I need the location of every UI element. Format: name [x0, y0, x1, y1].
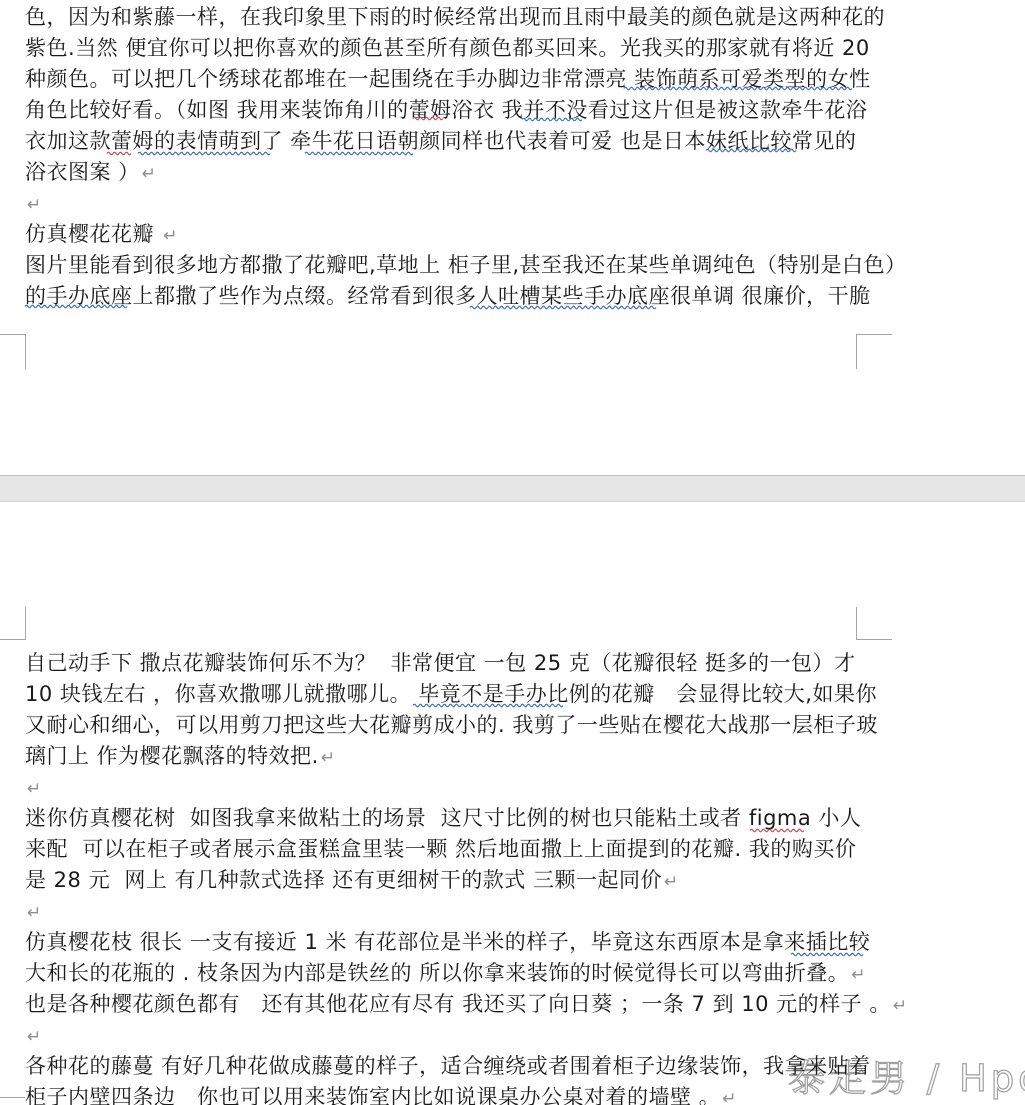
spellcheck-squiggle	[25, 304, 125, 309]
text-run: 柜子内壁四条边 你也可以用来装饰室内比如说课桌办公桌对着的墙壁 。	[25, 1085, 720, 1105]
text-line[interactable]: 图片里能看到很多地方都撒了花瓣吧,草地上 柜子里,甚至我还在某些单调纯色（特别是…	[25, 250, 867, 281]
text-boundary-mark	[856, 639, 892, 640]
paragraph-mark-icon: ↵	[662, 872, 679, 892]
spellcheck-squiggle	[750, 828, 802, 833]
text-run: 也是各种樱花颜色都有 还有其他花应有尽有 我还买了向日葵 ；一条 7 到 10 …	[25, 992, 891, 1016]
text-line[interactable]: 是 28 元 网上 有几种款式选择 还有更细树干的款式 三颗一起同价↵	[25, 865, 867, 896]
text-line[interactable]: 紫色.当然 便宜你可以把你喜欢的颜色甚至所有颜色都买回来。光我买的那家就有将近 …	[25, 33, 867, 64]
text-boundary-mark	[856, 607, 857, 640]
text-run: 自己动手下 撒点花瓣装饰何乐不为？ 非常便宜 一包 25 克（花瓣很轻 挺多的一…	[25, 651, 855, 675]
text-boundary-mark	[25, 607, 26, 640]
paragraph-mark-icon: ↵	[720, 1089, 737, 1105]
text-boundary-mark	[0, 1097, 25, 1098]
paragraph-mark-icon: ↵	[849, 965, 866, 985]
text-boundary-mark	[856, 334, 857, 369]
page2-text[interactable]: 自己动手下 撒点花瓣装饰何乐不为？ 非常便宜 一包 25 克（花瓣很轻 挺多的一…	[25, 648, 867, 1105]
text-line[interactable]: 柜子内壁四条边 你也可以用来装饰室内比如说课桌办公桌对着的墙壁 。↵	[25, 1082, 867, 1105]
text-run: 又耐心和细心，可以用剪刀把这些大花瓣剪成小的. 我剪了一些贴在樱花大战那一层柜子…	[25, 713, 878, 737]
text-run: 仿真樱花枝 很长 一支有接近 1 米 有花部位是半米的样子，毕竟这东西原本是拿来…	[25, 930, 870, 954]
paragraph-mark-icon: ↵	[891, 996, 908, 1016]
text-line[interactable]: ↵	[25, 772, 867, 803]
text-run: 璃门上 作为樱花飘落的特效把.	[25, 744, 319, 768]
text-run: 迷你仿真樱花树 如图我拿来做粘土的场景 这尺寸比例的树也只能粘土或者 figma…	[25, 806, 861, 830]
text-run: 色，因为和紫藤一样，在我印象里下雨的时候经常出现而且雨中最美的颜色就是这两种花的	[25, 5, 885, 29]
text-run: 紫色.当然 便宜你可以把你喜欢的颜色甚至所有颜色都买回来。光我买的那家就有将近 …	[25, 36, 870, 60]
text-run: 各种花的藤蔓 有好几种花做成藤蔓的样子，适合缠绕或者围着柜子边缘装饰，我拿来贴着	[25, 1054, 871, 1078]
paragraph-mark-icon: ↵	[25, 195, 42, 215]
text-run: 图片里能看到很多地方都撒了花瓣吧,草地上 柜子里,甚至我还在某些单调纯色（特别是…	[25, 253, 907, 277]
text-run: 来配 可以在柜子或者展示盒蛋糕盒里装一颗 然后地面撒上上面提到的花瓣. 我的购买…	[25, 837, 856, 861]
text-boundary-mark	[0, 334, 25, 335]
text-line[interactable]: 来配 可以在柜子或者展示盒蛋糕盒里装一颗 然后地面撒上上面提到的花瓣. 我的购买…	[25, 834, 867, 865]
text-line[interactable]: 也是各种樱花颜色都有 还有其他花应有尽有 我还买了向日葵 ；一条 7 到 10 …	[25, 989, 867, 1020]
text-run: 是 28 元 网上 有几种款式选择 还有更细树干的款式 三颗一起同价	[25, 868, 662, 892]
spellcheck-squiggle	[413, 116, 443, 121]
paragraph-mark-icon: ↵	[140, 164, 157, 184]
text-line[interactable]: 角色比较好看。（如图 我用来装饰角川的蕾姆浴衣 我并不没看过这片但是被这款牵牛花…	[25, 95, 867, 126]
paragraph-mark-icon: ↵	[319, 748, 336, 768]
spellcheck-squiggle	[791, 952, 859, 957]
text-line[interactable]: 浴衣图案 ）↵	[25, 157, 867, 188]
paragraph-mark-icon: ↵	[25, 903, 42, 923]
text-run: 仿真樱花花瓣	[25, 222, 161, 246]
text-line[interactable]: 仿真樱花枝 很长 一支有接近 1 米 有花部位是半米的样子，毕竟这东西原本是拿来…	[25, 927, 867, 958]
page-break-gap[interactable]	[0, 475, 1025, 502]
text-run: 角色比较好看。（如图 我用来装饰角川的蕾姆浴衣 我并不没看过这片但是被这款牵牛花…	[25, 98, 867, 122]
document-canvas[interactable]: 色，因为和紫藤一样，在我印象里下雨的时候经常出现而且雨中最美的颜色就是这两种花的…	[0, 0, 1025, 1105]
text-line[interactable]: 各种花的藤蔓 有好几种花做成藤蔓的样子，适合缠绕或者围着柜子边缘装饰，我拿来贴着	[25, 1051, 867, 1082]
text-boundary-mark	[0, 639, 25, 640]
spellcheck-squiggle	[413, 703, 563, 708]
text-run: 的手办底座上都撒了些作为点缀。经常看到很多人吐槽某些手办底座很单调 很廉价，干脆	[25, 284, 871, 308]
spellcheck-squiggle	[138, 151, 270, 156]
text-line[interactable]: ↵	[25, 1020, 867, 1051]
text-line[interactable]: 又耐心和细心，可以用剪刀把这些大花瓣剪成小的. 我剪了一些贴在樱花大战那一层柜子…	[25, 710, 867, 741]
text-run: 大和长的花瓶的 . 枝条因为内部是铁丝的 所以你拿来装饰的时候觉得长可以弯曲折叠…	[25, 961, 849, 985]
text-run: 浴衣图案 ）	[25, 160, 140, 184]
spellcheck-squiggle	[305, 151, 410, 156]
text-line[interactable]: ↵	[25, 896, 867, 927]
spellcheck-squiggle	[624, 86, 852, 91]
text-line[interactable]: ↵	[25, 188, 867, 219]
text-line[interactable]: 迷你仿真樱花树 如图我拿来做粘土的场景 这尺寸比例的树也只能粘土或者 figma…	[25, 803, 867, 834]
page1-text[interactable]: 色，因为和紫藤一样，在我印象里下雨的时候经常出现而且雨中最美的颜色就是这两种花的…	[25, 2, 867, 312]
paragraph-mark-icon: ↵	[25, 779, 42, 799]
text-boundary-mark	[25, 334, 26, 369]
spellcheck-squiggle	[522, 117, 578, 122]
text-line[interactable]: 仿真樱花花瓣 ↵	[25, 219, 867, 250]
text-boundary-mark	[856, 334, 892, 335]
spellcheck-squiggle	[470, 305, 655, 310]
text-line[interactable]: 大和长的花瓶的 . 枝条因为内部是铁丝的 所以你拿来装饰的时候觉得长可以弯曲折叠…	[25, 958, 867, 989]
text-line[interactable]: 的手办底座上都撒了些作为点缀。经常看到很多人吐槽某些手办底座很单调 很廉价，干脆	[25, 281, 867, 312]
paragraph-mark-icon: ↵	[25, 1027, 42, 1047]
paragraph-mark-icon: ↵	[161, 226, 178, 246]
text-line[interactable]: 色，因为和紫藤一样，在我印象里下雨的时候经常出现而且雨中最美的颜色就是这两种花的	[25, 2, 867, 33]
spellcheck-squiggle	[107, 151, 130, 156]
spellcheck-squiggle	[706, 148, 793, 153]
text-line[interactable]: 璃门上 作为樱花飘落的特效把.↵	[25, 741, 867, 772]
text-line[interactable]: 自己动手下 撒点花瓣装饰何乐不为？ 非常便宜 一包 25 克（花瓣很轻 挺多的一…	[25, 648, 867, 679]
